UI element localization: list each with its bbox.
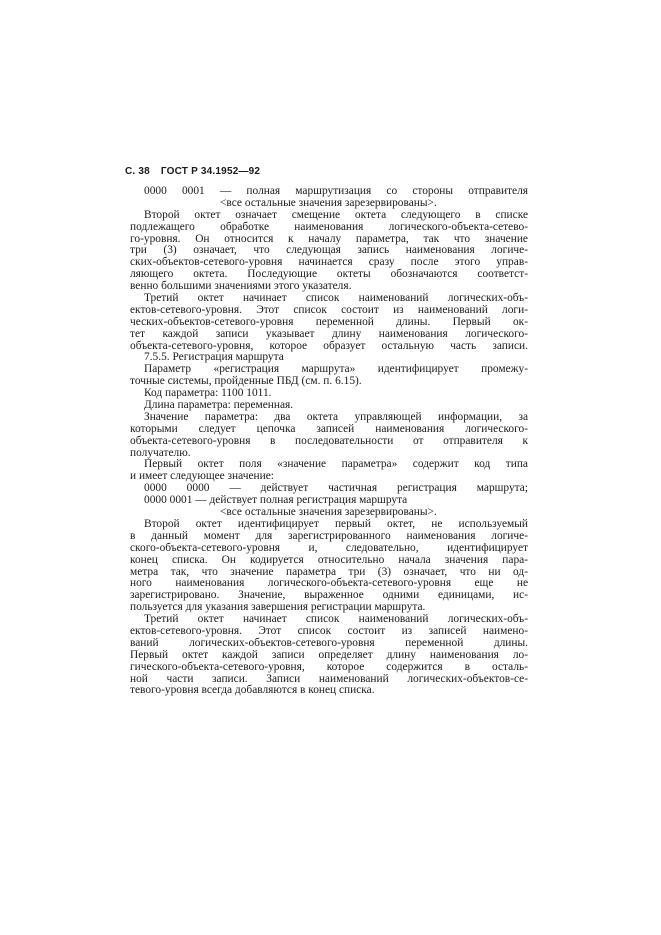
page-header: С. 38 ГОСТ Р 34.1952—92 <box>125 166 528 186</box>
text-line: в данный момент для зарегистрированного … <box>130 531 528 543</box>
text-line: ского-объекта-сетевого-уровня и, следова… <box>130 543 528 555</box>
text-line: Второй октет означает смещение октета сл… <box>130 210 528 222</box>
text-line: конец списка. Он кодируется относительно… <box>130 555 528 567</box>
text-line: гического-объекта-сетевого-уровня, котор… <box>130 662 528 674</box>
text-line: тет каждой записи указывает длину наимен… <box>130 329 528 341</box>
document-page: С. 38 ГОСТ Р 34.1952—92 0000 0001 — полн… <box>130 166 528 697</box>
page-number: С. 38 <box>125 166 150 177</box>
text-line: подлежащего обработке наименования логич… <box>130 222 528 234</box>
paragraph: Второй октет означает смещение октета сл… <box>130 210 528 293</box>
text-line: которыми следует цепочка записей наимено… <box>130 424 528 436</box>
text-line: ваний логических-объектов-сетевого-уровн… <box>130 638 528 650</box>
text-line: объекта-сетевого-уровня в последовательн… <box>130 436 528 448</box>
paragraph: Третий октет начинает список наименовани… <box>130 614 528 697</box>
text-line: <все остальные значения зарезервированы>… <box>130 198 528 210</box>
text-line: ектов-сетевого-уровня. Этот список состо… <box>130 305 528 317</box>
paragraph: Третий октет начинает список наименовани… <box>130 293 528 352</box>
body-text: 0000 0001 — полная маршрутизация со стор… <box>130 186 528 697</box>
paragraph: Параметр «регистрация маршрута» идентифи… <box>130 364 528 388</box>
paragraph: Первый октет поля «значение параметра» с… <box>130 459 528 483</box>
paragraph: 0000 0001 — полная маршрутизация со стор… <box>130 186 528 210</box>
paragraph: 0000 0000 — действует частичная регистра… <box>130 483 528 519</box>
paragraph: Второй октет идентифицирует первый октет… <box>130 519 528 614</box>
text-line: ческих-объектов-сетевого-уровня переменн… <box>130 317 528 329</box>
standard-code: ГОСТ Р 34.1952—92 <box>161 166 260 177</box>
text-line: тевого-уровня всегда добавляются в конец… <box>130 685 528 697</box>
paragraph: Значение параметра: два октета управляющ… <box>130 412 528 460</box>
text-line: Первый октет каждой записи определяет дл… <box>130 650 528 662</box>
